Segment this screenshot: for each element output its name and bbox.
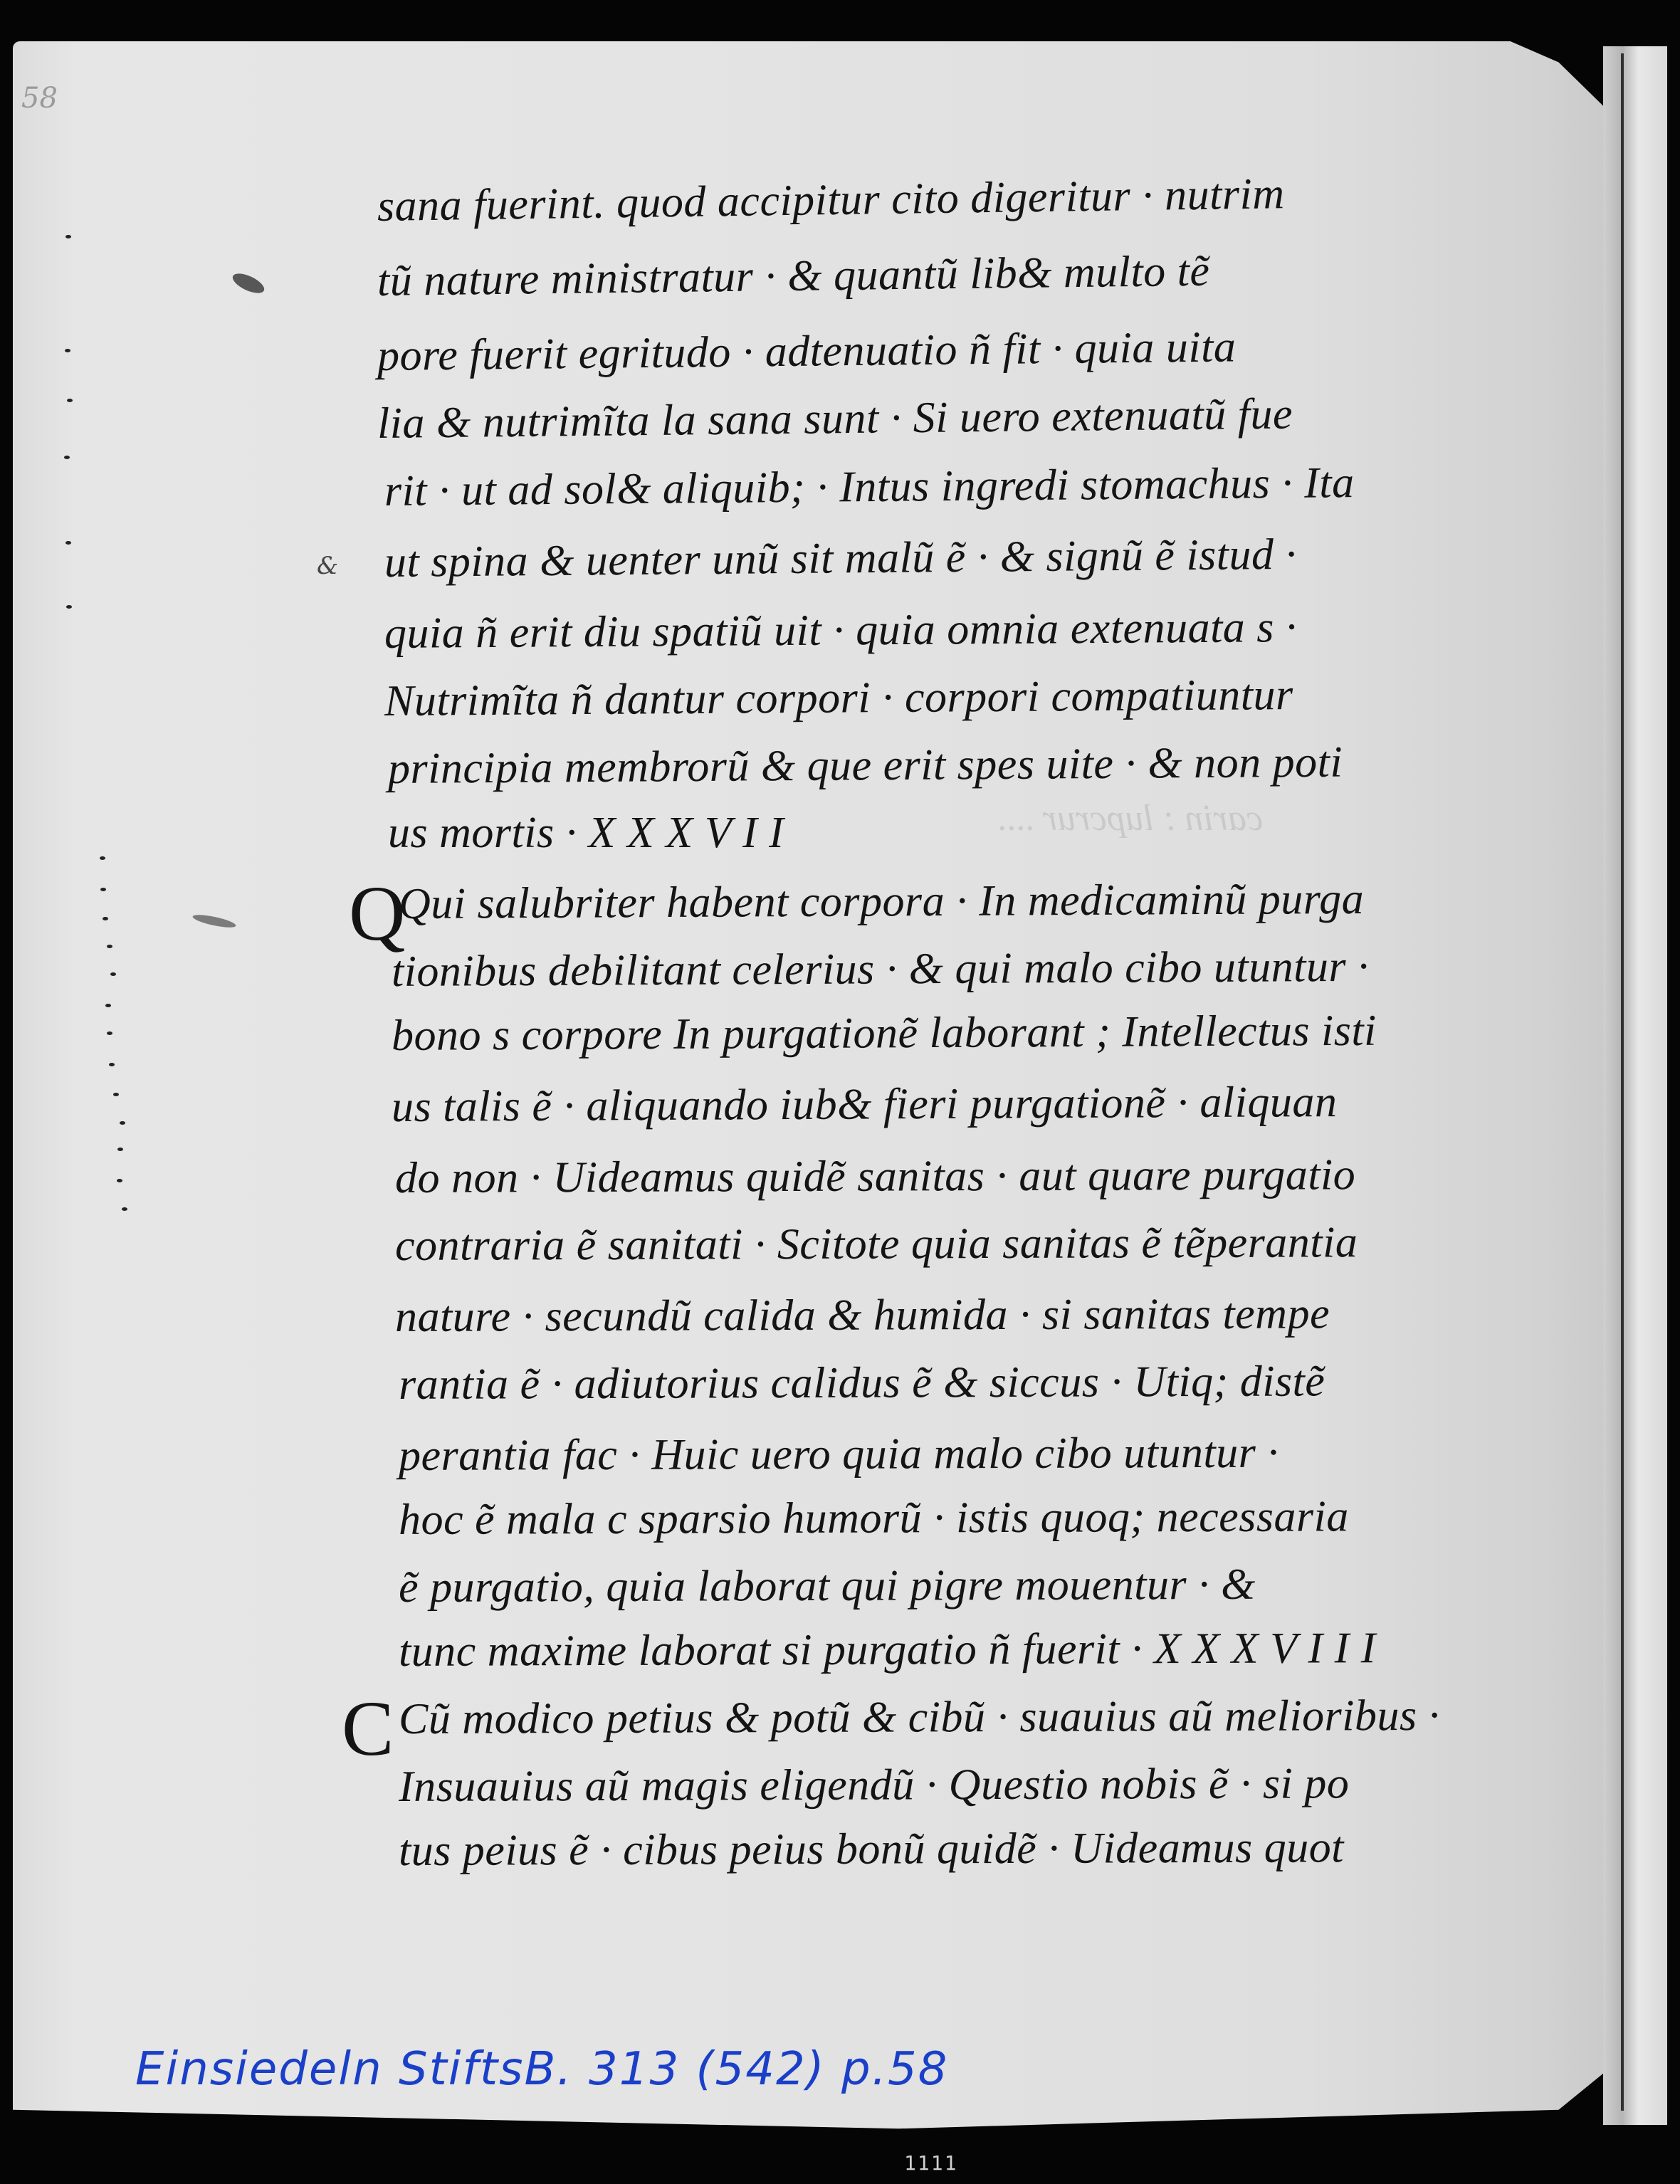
text-line: tus peius ẽ · cibus peius bonũ quidẽ · U… — [399, 1822, 1344, 1876]
initial-q: Q — [349, 868, 405, 959]
text-line: Qui salubriter habent corpora · In medic… — [399, 874, 1364, 930]
text-line: rantia ẽ · adiutorius calidus ẽ & siccus… — [399, 1356, 1325, 1410]
text-line: bono s corpore In purgationẽ laborant ; … — [392, 1006, 1377, 1061]
footer-tick-mark: 1111 — [904, 2151, 957, 2175]
text-line: Cũ modico petius & potũ & cibũ · suauius… — [399, 1691, 1440, 1745]
marginal-annotation: & — [317, 552, 338, 580]
text-line: Insuauius aũ magis eligendũ · Questio no… — [399, 1758, 1350, 1812]
text-line: hoc ẽ mala c sparsio humorũ · istis quoq… — [399, 1491, 1349, 1545]
text-line: ẽ purgatio, quia laborat qui pigre mouen… — [399, 1560, 1256, 1613]
text-line: rit · ut ad sol& aliquib; · Intus ingred… — [384, 458, 1355, 517]
text-line: us talis ẽ · aliquando iub& fieri purgat… — [392, 1077, 1338, 1133]
text-line: perantia fac · Huic uero quia malo cibo … — [399, 1428, 1279, 1481]
text-line: quia ñ erit diu spatiũ uit · quia omnia … — [384, 602, 1297, 659]
text-line: do non · Uideamus quidẽ sanitas · aut qu… — [395, 1150, 1355, 1204]
archive-shelfmark-label: Einsiedeln StiftsB. 313 (542) p.58 — [135, 2043, 948, 2096]
text-line: tũ nature ministratur · & quantũ lib& mu… — [377, 246, 1210, 307]
text-line: contraria ẽ sanitati · Scitote quia sani… — [395, 1217, 1358, 1271]
initial-c: C — [342, 1684, 394, 1774]
folio-number: 58 — [21, 82, 58, 115]
text-line: lia & nutrimĩta la sana sunt · Si uero e… — [377, 389, 1293, 449]
text-line: nature · secundũ calida & humida · si sa… — [395, 1288, 1330, 1343]
show-through-text: carin : lupcrur .... — [997, 797, 1263, 839]
text-line: principia membrorũ & que erit spes uite … — [388, 737, 1343, 794]
text-line: tionibus debilitant celerius · & qui mal… — [392, 942, 1369, 997]
text-line: us mortis · X X X V I I — [388, 808, 784, 859]
binding-crack — [1621, 53, 1624, 2111]
text-line: pore fuerit egritudo · adtenuatio ñ fit … — [377, 322, 1237, 382]
text-line: ut spina & uenter unũ sit malũ ẽ · & sig… — [384, 530, 1297, 588]
binding-gutter — [1603, 46, 1667, 2125]
text-line: tunc maxime laborat si purgatio ñ fuerit… — [399, 1623, 1376, 1677]
text-line: Nutrimĩta ñ dantur corpori · corpori com… — [384, 670, 1293, 727]
